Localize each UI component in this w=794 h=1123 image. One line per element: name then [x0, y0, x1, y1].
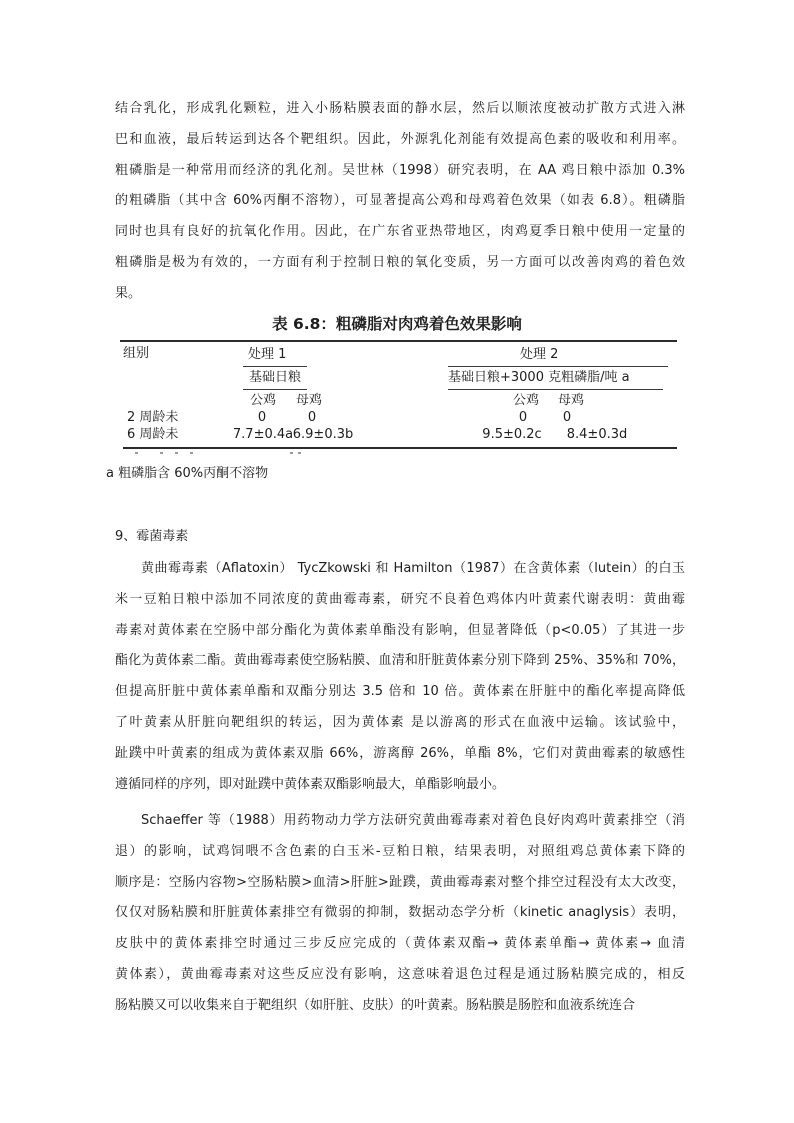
- clipped-text-remnant: [135, 452, 138, 454]
- table-header-diet-1: 基础日粮: [249, 369, 301, 386]
- text-line: 仅仅对肠粘膜和肝脏黄体素排空有微弱的抑制，数据动态学分析（kinetic ana…: [115, 898, 685, 929]
- paragraph-emulsification: 结合乳化，形成乳化颗粒，进入小肠粘膜表面的静水层，然后以顺浓度被动扩散方式进入淋…: [115, 94, 685, 310]
- text-line: Schaeffer 等（1988）用药物动力学方法研究黄曲霉毒素对着色良好肉鸡叶…: [115, 806, 685, 837]
- table-header-female-2: 母鸡: [558, 392, 584, 409]
- text-line: 米一豆粕日粮中添加不同浓度的黄曲霉毒素，研究不良着色鸡体内叶黄素代谢表明：黄曲霉: [115, 585, 685, 616]
- clipped-text-remnant: [298, 452, 301, 454]
- diet-1-underline: [243, 389, 307, 390]
- table-value: 0: [563, 409, 571, 426]
- section-heading: 9、霉菌毒素: [115, 528, 188, 546]
- text-line: 巴和血液，最后转运到达各个靶组织。因此，外源乳化剂能有效提高色素的吸收和利用率。: [115, 125, 685, 156]
- table-header-group-label: 组别: [123, 345, 149, 362]
- table-header-male-1: 公鸡: [250, 392, 276, 409]
- document-page: 结合乳化，形成乳化颗粒，进入小肠粘膜表面的静水层，然后以顺浓度被动扩散方式进入淋…: [0, 0, 794, 1123]
- table-value: 6.9±0.3b: [293, 426, 354, 443]
- table-footnote: a 粗磷脂含 60%丙酮不溶物: [106, 464, 268, 483]
- text-line: 酯化为黄体素二酯。黄曲霉毒素使空肠粘膜、血清和肝脏黄体素分别下降到 25%、35…: [115, 646, 685, 677]
- table-header-treatment-2: 处理 2: [520, 346, 558, 363]
- text-line: 的粗磷脂（其中含 60%丙酮不溶物），可显著提高公鸡和母鸡着色效果（如表 6.8…: [115, 186, 685, 217]
- text-line: 黄曲霉毒素（Aflatoxin） TycZkowski 和 Hamilton（1…: [115, 554, 685, 585]
- text-line: 同时也具有良好的抗氧化作用。因此，在广东省亚热带地区，肉鸡夏季日粮中使用一定量的: [115, 217, 685, 248]
- text-line: 了叶黄素从肝脏向靶组织的转运，因为黄体素 是以游离的形式在血液中运输。该试验中，: [115, 708, 685, 739]
- table-row-label: 6 周龄未: [127, 426, 178, 443]
- table-value: 0: [308, 409, 316, 426]
- text-line: 粗磷脂是极为有效的，一方面有利于控制日粮的氧化变质，另一方面可以改善肉鸡的着色效: [115, 248, 685, 279]
- text-line: 肠粘膜又可以收集来自于靶组织（如肝脏、皮肤）的叶黄素。肠粘膜是肠腔和血液系统连合: [115, 991, 685, 1022]
- table-row-label: 2 周龄未: [127, 409, 178, 426]
- clipped-text-remnant: [290, 452, 293, 454]
- text-line: 粗磷脂是一种常用而经济的乳化剂。吴世林（1998）研究表明，在 AA 鸡日粮中添…: [115, 156, 685, 187]
- table-header-diet-2: 基础日粮+3000 克粗磷脂/吨 a: [448, 369, 630, 386]
- table-top-border: [120, 340, 677, 342]
- table-value: 7.7±0.4a: [233, 426, 293, 443]
- text-line: 顺序是：空肠内容物>空肠粘膜>血清>肝脏>趾蹼，黄曲霉毒素对整个排空过程没有太大…: [115, 868, 685, 899]
- table-caption: 表 6.8：粗磷脂对肉鸡着色效果影响: [0, 314, 794, 334]
- table-bottom-border: [123, 447, 677, 449]
- paragraph-aflatoxin: 黄曲霉毒素（Aflatoxin） TycZkowski 和 Hamilton（1…: [115, 554, 685, 800]
- text-line: 退）的影响，试鸡饲喂不含色素的白玉米-豆粕日粮，结果表明，对照组鸡总黄体素下降的: [115, 837, 685, 868]
- table-value: 8.4±0.3d: [567, 426, 628, 443]
- table-value: 9.5±0.2c: [482, 426, 541, 443]
- text-line: 果。: [115, 279, 685, 310]
- clipped-text-remnant: [175, 452, 178, 454]
- clipped-text-remnant: [190, 452, 193, 454]
- text-line: 遵循同样的序列，即对趾蹼中黄体素双酯影响最大，单酯影响最小。: [115, 770, 685, 801]
- clipped-text-remnant: [160, 452, 163, 454]
- data-table: 组别 处理 1 处理 2 基础日粮 基础日粮+3000 克粗磷脂/吨 a 公鸡 …: [120, 339, 678, 461]
- table-header-male-2: 公鸡: [513, 392, 539, 409]
- table-header-female-1: 母鸡: [296, 392, 322, 409]
- treatment-2-underline: [448, 366, 668, 367]
- table-header-treatment-1: 处理 1: [248, 346, 286, 363]
- text-line: 黄体素），黄曲霉毒素对这些反应没有影响，这意味着退色过程是通过肠粘膜完成的，相反: [115, 960, 685, 991]
- text-line: 趾蹼中叶黄素的组成为黄体素双脂 66%，游离醇 26%，单酯 8%，它们对黄曲霉…: [115, 739, 685, 770]
- paragraph-schaeffer: Schaeffer 等（1988）用药物动力学方法研究黄曲霉毒素对着色良好肉鸡叶…: [115, 806, 685, 1022]
- text-line: 结合乳化，形成乳化颗粒，进入小肠粘膜表面的静水层，然后以顺浓度被动扩散方式进入淋: [115, 94, 685, 125]
- table-value: 0: [519, 409, 527, 426]
- text-line: 皮肤中的黄体素排空时通过三步反应完成的（黄体素双酯→ 黄体素单酯→ 黄体素→ 血…: [115, 929, 685, 960]
- treatment-1-underline: [243, 366, 307, 367]
- table-value: 0: [258, 409, 266, 426]
- text-line: 但提高肝脏中黄体素单酯和双酯分别达 3.5 倍和 10 倍。黄体素在肝脏中的酯化…: [115, 677, 685, 708]
- text-line: 毒素对黄体素在空肠中部分酯化为黄体素单酯没有影响，但显著降低（p<0.05）了其…: [115, 616, 685, 647]
- diet-2-underline: [448, 389, 663, 390]
